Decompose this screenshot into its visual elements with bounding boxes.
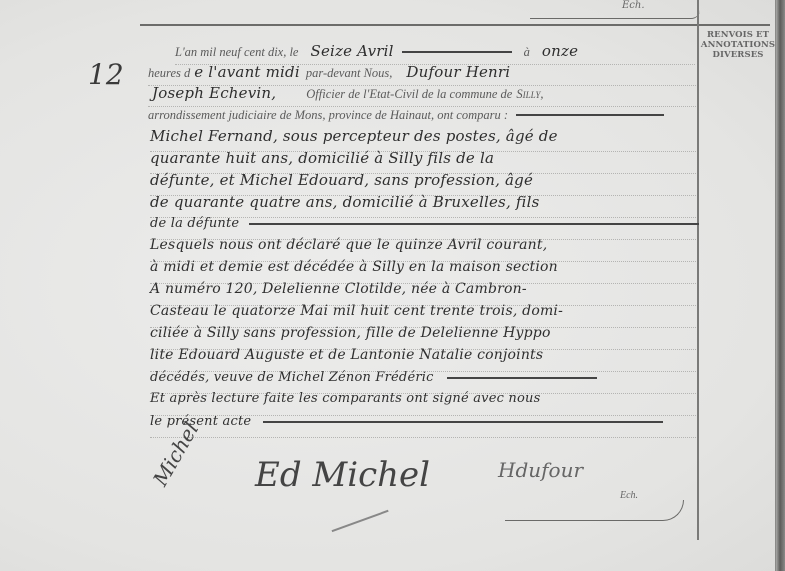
act-separator-rule (140, 24, 770, 26)
form-line-officer: Joseph Echevin, Officier de l'Etat-Civil… (148, 84, 696, 107)
body-line-text: de la défunte (150, 216, 239, 231)
printed-before-us-text: par-devant Nous, (306, 66, 393, 80)
signature-edouard-michel: Ed Michel (255, 455, 430, 495)
book-binding-shadow (776, 0, 785, 571)
form-line-jurisdiction: arrondissement judiciaire de Mons, provi… (148, 106, 696, 128)
printed-jurisdiction-text: arrondissement judiciaire de Mons, provi… (148, 108, 508, 122)
act-number: 12 (88, 58, 124, 91)
margin-header-line-1: RENVOIS ET (700, 30, 776, 40)
printed-year-text: L'an mil neuf cent dix, le (175, 45, 298, 59)
signature-officer-flourish (505, 500, 684, 521)
printed-officer-text: Officier de l'Etat-Civil de la commune d… (306, 87, 512, 101)
handwritten-hour: onze (542, 42, 578, 60)
body-line-text: décédés, veuve de Michel Zénon Frédéric (150, 370, 434, 385)
body-line-with-rule: le présent acte (150, 413, 696, 438)
printed-at-text: à (524, 45, 530, 59)
handwritten-officer-name: Dufour Henri (406, 63, 510, 81)
fill-rule (402, 51, 512, 53)
signature-flourish (332, 510, 389, 532)
handwritten-officer-title: Joseph Echevin, (152, 84, 276, 102)
previous-act-signature-flourish (530, 10, 700, 19)
margin-header-line-3: DIVERSES (700, 50, 776, 60)
body-line-text: le présent acte (150, 414, 251, 429)
fill-rule (516, 114, 664, 116)
signature-officer: Hdufour (498, 458, 583, 482)
margin-header-line-2: ANNOTATIONS (700, 40, 776, 50)
printed-hours-text: heures d (148, 66, 190, 80)
document-page: Ech. RENVOIS ET ANNOTATIONS DIVERSES 12 … (0, 0, 785, 571)
form-line-time: heures d e l'avant midi par-devant Nous,… (148, 63, 696, 86)
fill-rule (447, 377, 597, 379)
handwritten-date: Seize Avril (310, 42, 393, 60)
margin-column-rule (697, 0, 699, 540)
fill-rule (263, 421, 663, 423)
handwritten-time-of-day: e l'avant midi (194, 63, 300, 81)
margin-annotations-header: RENVOIS ET ANNOTATIONS DIVERSES (700, 30, 776, 60)
fill-rule (249, 223, 699, 225)
printed-commune-name: Silly, (516, 87, 543, 101)
form-line-date: L'an mil neuf cent dix, le Seize Avril à… (175, 42, 695, 65)
